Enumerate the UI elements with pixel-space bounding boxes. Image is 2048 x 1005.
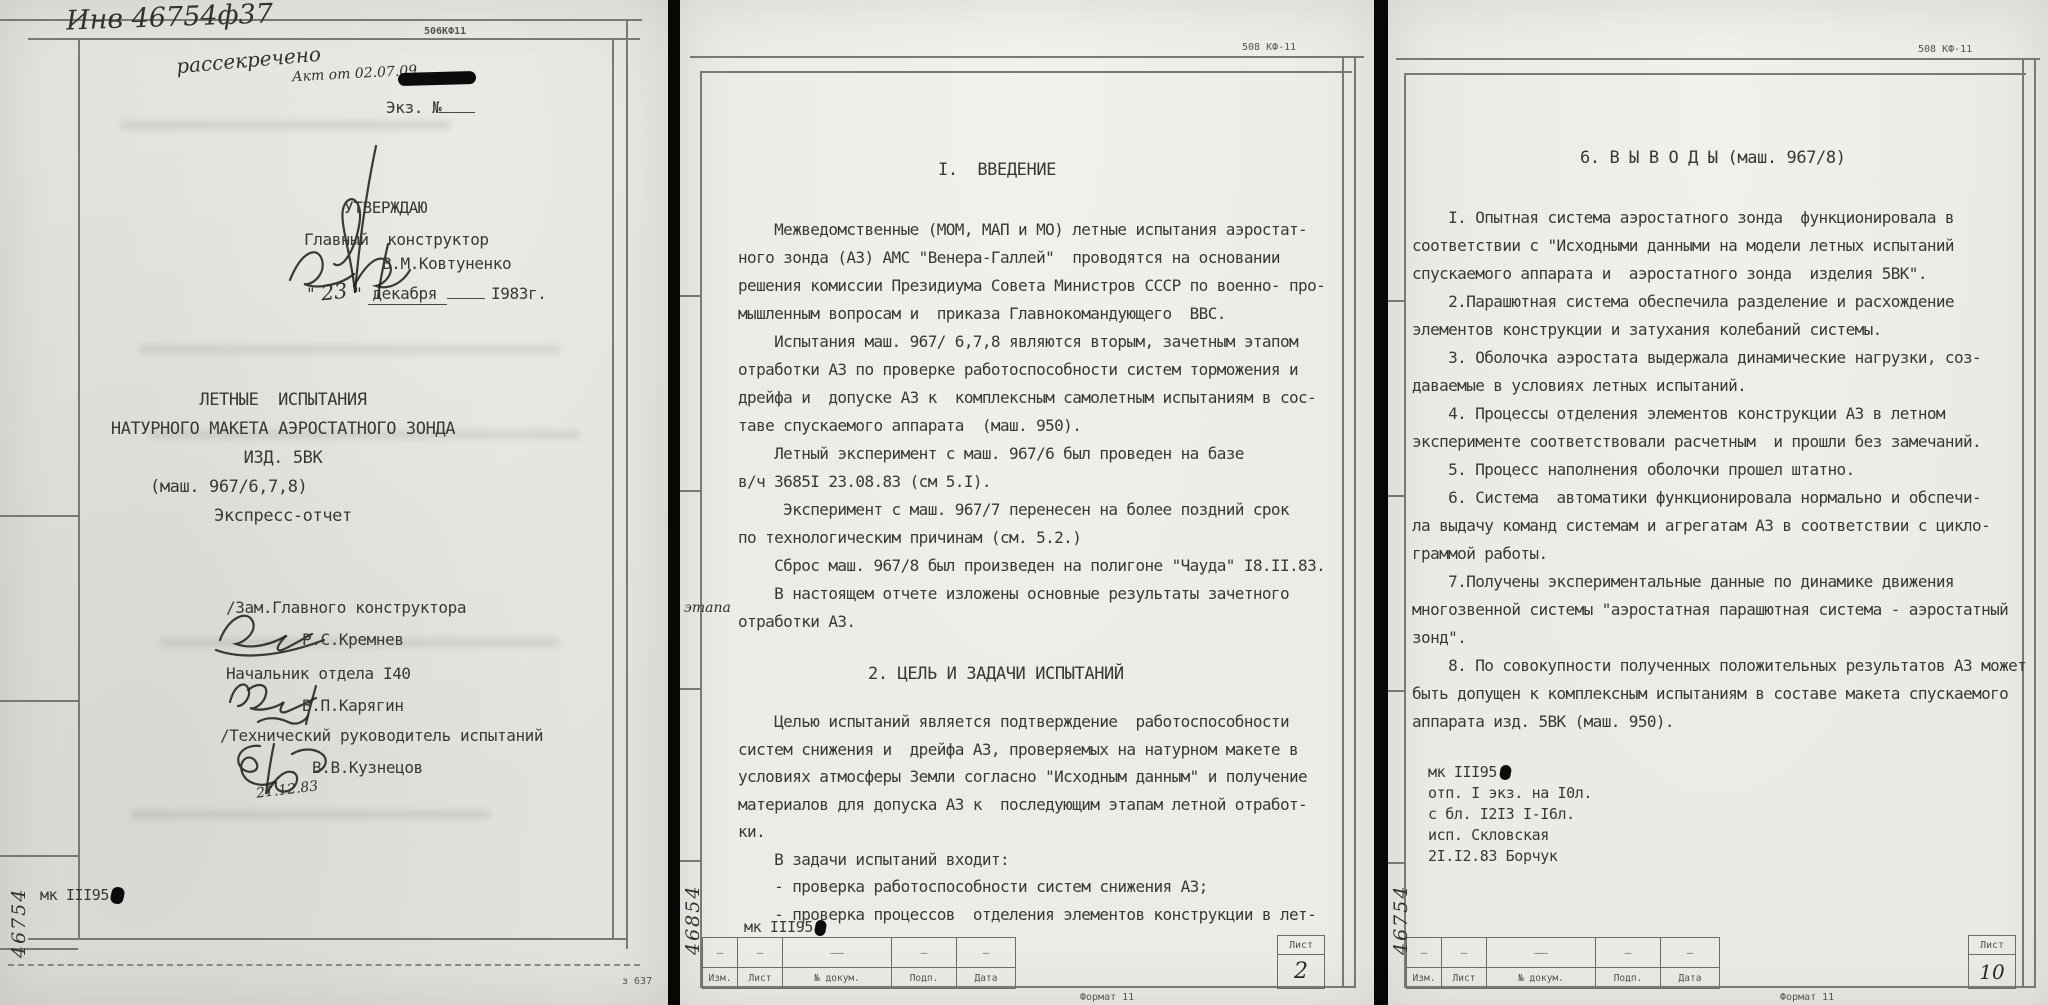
text-line: В задачи испытаний входит: bbox=[738, 846, 1358, 874]
text-line: Эксперимент с маш. 967/7 перенесен на бо… bbox=[738, 496, 1358, 524]
gost-label-docnum: № докум. bbox=[1487, 968, 1596, 988]
margin-tick bbox=[1388, 300, 1404, 302]
text-line: ла выдачу команд системам и агрегатам АЗ… bbox=[1412, 512, 2037, 540]
frame-left-line bbox=[700, 71, 702, 987]
margin-tick bbox=[1388, 690, 1404, 692]
form-stamp-code: 508 КФ-11 bbox=[1242, 42, 1296, 53]
gost-cell: — bbox=[957, 938, 1015, 967]
gost-label-izm: Изм. bbox=[703, 968, 738, 988]
gost-table-top-row: — — —— — — bbox=[703, 938, 1015, 967]
gost-cell: — bbox=[703, 938, 738, 967]
text-line: В настоящем отчете изложены основные рез… bbox=[738, 580, 1358, 608]
text-line: с бл. I2I3 I-I6л. bbox=[1428, 804, 1828, 825]
sheet-number-box: Лист 10 bbox=[1968, 935, 2016, 989]
text-line: отп. I экз. на I0л. bbox=[1428, 783, 1828, 804]
gost-label-podp: Подп. bbox=[1596, 968, 1661, 988]
mk-note: мк III95 bbox=[744, 918, 826, 936]
text-line: спускаемого аппарата и аэростатного зонд… bbox=[1412, 260, 2037, 288]
text-line: дрейфа и допуске АЗ к комплексным самоле… bbox=[738, 384, 1358, 412]
text-line: мышленным вопросам и приказа Главнокоман… bbox=[738, 300, 1358, 328]
text-line: 2I.I2.83 Борчук bbox=[1428, 846, 1828, 867]
bleed-through-smudge bbox=[120, 120, 450, 130]
text-line: Целью испытаний является подтверждение р… bbox=[738, 708, 1358, 736]
gost-label-izm: Изм. bbox=[1407, 968, 1442, 988]
text-line: - проверка работоспособности систем сниж… bbox=[738, 873, 1358, 901]
text-line: аппарата изд. 5ВК (маш. 950). bbox=[1412, 708, 2037, 736]
vertical-inventory-number: 46754 bbox=[1390, 885, 1412, 955]
text-line: таве спускаемого аппарата (маш. 950). bbox=[738, 412, 1358, 440]
text-line: ного зонда (АЗ) АМС "Венера-Галлей" пров… bbox=[738, 244, 1358, 272]
handwritten-day: 23 bbox=[320, 279, 348, 306]
gost-label-data: Дата bbox=[1661, 968, 1719, 988]
ink-blot bbox=[814, 919, 828, 937]
sheet-number-box: Лист 2 bbox=[1277, 935, 1325, 989]
page-conclusions: 508 КФ-11 6. В Ы В О Д Ы (маш. 967/8) I.… bbox=[1388, 0, 2048, 1005]
scanned-document-set: 506КФ11 Инв 46754ф37 рассекречено Акт от… bbox=[0, 0, 2048, 1005]
section-heading-goal: 2. ЦЕЛЬ И ЗАДАЧИ ИСПЫТАНИЙ bbox=[868, 664, 1124, 684]
text-line: 6. Система автоматики функционировала но… bbox=[1412, 484, 2037, 512]
margin-cell-line bbox=[0, 855, 78, 857]
text-line: систем снижения и дрейфа АЗ, проверяемых… bbox=[738, 736, 1358, 764]
conclusions-text: I. Опытная система аэростатного зонда фу… bbox=[1412, 204, 2037, 736]
text-line: 8. По совокупности полученных положитель… bbox=[1412, 652, 2037, 680]
text-line: Испытания маш. 967/ 6,7,8 являются вторы… bbox=[738, 328, 1358, 356]
frame-right-outer-line bbox=[626, 19, 628, 949]
gost-footer-table: — — —— — — Изм. Лист № докум. Подп. Дата bbox=[702, 937, 1016, 989]
mk-note-text: мк III95 bbox=[744, 918, 813, 936]
frame-right-inner-line bbox=[612, 38, 614, 940]
text-line: 7.Получены экспериментальные данные по д… bbox=[1412, 568, 2037, 596]
gost-label-list: Лист bbox=[738, 968, 783, 988]
gost-label-data: Дата bbox=[957, 968, 1015, 988]
section-heading-conclusions: 6. В Ы В О Д Ы (маш. 967/8) bbox=[1580, 148, 1846, 168]
text-line: по технологическим причинам (см. 5.2.) bbox=[738, 524, 1358, 552]
format-note: Формат 11 bbox=[1780, 992, 1834, 1003]
text-line: (маш. 967/6,7,8) bbox=[88, 473, 478, 502]
frame-bottom-line bbox=[28, 938, 628, 940]
text-line: зонд". bbox=[1412, 624, 2037, 652]
margin-tick bbox=[680, 295, 700, 297]
text-line: НАТУРНОГО МАКЕТА АЭРОСТАТНОГО ЗОНДА bbox=[88, 415, 478, 444]
text-line: 3. Оболочка аэростата выдержала динамиче… bbox=[1412, 344, 2037, 372]
text-line: отработки АЗ по проверке работоспособнос… bbox=[738, 356, 1358, 384]
text-line: материалов для допуска АЗ к последующим … bbox=[738, 791, 1358, 819]
sheet-number: 2 bbox=[1278, 955, 1324, 988]
signer-name: Р.С.Кремнев bbox=[302, 630, 404, 649]
copy-number-line: Экз. № bbox=[386, 96, 475, 117]
frame-left-line bbox=[1404, 73, 1406, 987]
handwritten-margin-note: этапа bbox=[684, 600, 731, 616]
text-line: эксперименте соответствовали расчетным и… bbox=[1412, 428, 2037, 456]
margin-tick bbox=[680, 490, 700, 492]
gost-cell: — bbox=[1596, 938, 1661, 967]
gost-cell: — bbox=[1442, 938, 1487, 967]
top-outer-rule bbox=[1396, 58, 2040, 60]
corner-print-mark: з 637 bbox=[622, 976, 652, 987]
mk-note: мк III95 bbox=[40, 886, 124, 904]
sheet-label: Лист bbox=[1969, 936, 2015, 955]
chief-designer-name: В.М.Ковтуненко bbox=[382, 254, 511, 273]
gost-table-label-row: Изм. Лист № докум. Подп. Дата bbox=[1407, 967, 1719, 988]
gost-cell: —— bbox=[1487, 938, 1596, 967]
text-line: ИЗД. 5ВК bbox=[88, 444, 478, 473]
mk-note-text: мк III95 bbox=[40, 886, 109, 904]
gost-label-list: Лист bbox=[1442, 968, 1487, 988]
text-line: условиях атмосферы Земли согласно "Исход… bbox=[738, 763, 1358, 791]
text-line: в/ч 3685I 23.08.83 (см 5.I). bbox=[738, 468, 1358, 496]
bottom-dashed-rule bbox=[8, 964, 640, 966]
margin-cell-line bbox=[0, 700, 78, 702]
year-text: I983г. bbox=[491, 284, 546, 303]
approval-date-line: "23"декабряI983г. bbox=[306, 280, 546, 305]
format-note: Формат 11 bbox=[1080, 992, 1134, 1003]
margin-tick bbox=[1388, 862, 1404, 864]
text-line: Сброс маш. 967/8 был произведен на полиг… bbox=[738, 552, 1358, 580]
text-line: отработки АЗ. bbox=[738, 608, 1358, 636]
gost-label-docnum: № докум. bbox=[783, 968, 892, 988]
form-stamp-code: 508 КФ-11 bbox=[1918, 44, 1972, 55]
date-blank bbox=[447, 282, 485, 299]
margin-tick bbox=[680, 860, 700, 862]
text-line: исп. Скловская bbox=[1428, 825, 1828, 846]
top-outer-rule bbox=[690, 56, 1364, 58]
signer-name: В.В.Кузнецов bbox=[312, 758, 423, 777]
gost-footer-table: — — —— — — Изм. Лист № докум. Подп. Дата bbox=[1406, 937, 1720, 989]
margin-tick bbox=[680, 688, 700, 690]
bleed-through-smudge bbox=[140, 345, 560, 354]
text-line: Межведомственные (МОМ, МАП и МО) летные … bbox=[738, 216, 1358, 244]
document-title: ЛЕТНЫЕ ИСПЫТАНИЯНАТУРНОГО МАКЕТА АЭРОСТА… bbox=[88, 386, 478, 531]
page-introduction: 508 КФ-11 I. ВВЕДЕНИЕ Межведомственные (… bbox=[680, 0, 1374, 1005]
quote-mark: " bbox=[306, 284, 315, 303]
gost-table-top-row: — — —— — — bbox=[1407, 938, 1719, 967]
text-line: 4. Процессы отделения элементов конструк… bbox=[1412, 400, 2037, 428]
sheet-label: Лист bbox=[1278, 936, 1324, 955]
bleed-through-smudge bbox=[130, 810, 490, 819]
gost-table-label-row: Изм. Лист № докум. Подп. Дата bbox=[703, 967, 1015, 988]
goal-text: Целью испытаний является подтверждение р… bbox=[738, 708, 1358, 928]
text-line: даваемые в условиях летных испытаний. bbox=[1412, 372, 2037, 400]
frame-top-line bbox=[28, 38, 640, 40]
text-line: 5. Процесс наполнения оболочки прошел шт… bbox=[1412, 456, 2037, 484]
sheet-number: 10 bbox=[1969, 955, 2015, 988]
text-line: - проверка процессов отделения элементов… bbox=[738, 901, 1358, 929]
vertical-inventory-number: 46854 bbox=[682, 885, 704, 955]
gost-label-podp: Подп. bbox=[892, 968, 957, 988]
text-line: быть допущен к комплексным испытаниям в … bbox=[1412, 680, 2037, 708]
text-line: решения комиссии Президиума Совета Минис… bbox=[738, 272, 1358, 300]
frame-top-line bbox=[700, 71, 1352, 73]
signer-name: В.П.Карягин bbox=[302, 696, 404, 715]
text-line: ЛЕТНЫЕ ИСПЫТАНИЯ bbox=[88, 386, 478, 415]
text-line: Летный эксперимент с маш. 967/6 был пров… bbox=[738, 440, 1358, 468]
ink-blot bbox=[109, 886, 125, 905]
form-stamp-code: 506КФ11 bbox=[424, 26, 466, 37]
introduction-text: Межведомственные (МОМ, МАП и МО) летные … bbox=[738, 216, 1358, 636]
text-line: I. Опытная система аэростатного зонда фу… bbox=[1412, 204, 2037, 232]
margin-tick bbox=[1388, 495, 1404, 497]
approve-label: УТВЕРЖДАЮ bbox=[344, 198, 427, 217]
redaction-bar bbox=[398, 71, 476, 86]
copy-number-label: Экз. № bbox=[386, 98, 441, 117]
margin-cell-line bbox=[0, 515, 78, 517]
gost-cell: — bbox=[1407, 938, 1442, 967]
text-line: многозвенной системы "аэростатная парашю… bbox=[1412, 596, 2037, 624]
handwritten-inventory-number: Инв 46754ф37 bbox=[66, 0, 274, 37]
section-heading-introduction: I. ВВЕДЕНИЕ bbox=[938, 160, 1056, 180]
page-title-sheet: 506КФ11 Инв 46754ф37 рассекречено Акт от… bbox=[0, 0, 668, 1005]
frame-top-line bbox=[1404, 73, 2026, 75]
gost-cell: — bbox=[738, 938, 783, 967]
text-line: Экспресс-отчет bbox=[88, 502, 478, 531]
text-line: мк III95 bbox=[1428, 762, 1828, 783]
gost-cell: —— bbox=[783, 938, 892, 967]
copy-number-blank bbox=[441, 96, 475, 113]
quote-mark: " bbox=[353, 284, 362, 303]
text-line: соответствии с "Исходными данными на мод… bbox=[1412, 232, 2037, 260]
gost-cell: — bbox=[892, 938, 957, 967]
vertical-inventory-number: 46754 bbox=[8, 888, 30, 958]
gost-cell: — bbox=[1661, 938, 1719, 967]
text-line: граммой работы. bbox=[1412, 540, 2037, 568]
text-line: 2.Парашютная система обеспечила разделен… bbox=[1412, 288, 2037, 316]
colophon: мк III95отп. I экз. на I0л.с бл. I2I3 I-… bbox=[1428, 762, 1828, 867]
text-line: ки. bbox=[738, 818, 1358, 846]
month-underlined: декабря bbox=[368, 284, 447, 305]
text-line: элементов конструкции и затухания колеба… bbox=[1412, 316, 2037, 344]
frame-left-line bbox=[78, 38, 80, 940]
